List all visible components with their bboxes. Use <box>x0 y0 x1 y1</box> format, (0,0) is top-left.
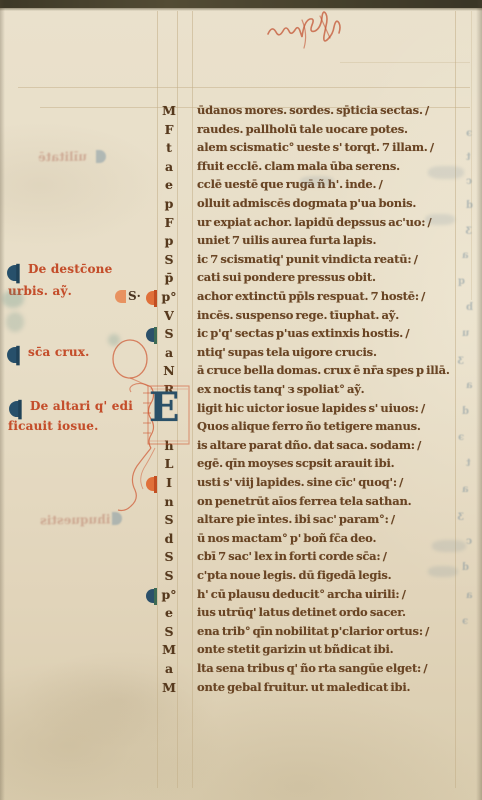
line-text: ic 7 scismatiq' punit vindicta reatū: / <box>197 252 418 266</box>
ruling-horizontal-line <box>18 87 470 88</box>
showthrough-glyph: ʒ <box>466 224 472 235</box>
text-line: Fraudes. pallholū tale uocare potes. <box>0 121 482 140</box>
line-initial-letter: a <box>157 661 181 676</box>
line-initial-letter: p° <box>157 587 181 602</box>
line-text: c'pta noue legis. dū figedā legis. <box>197 568 391 582</box>
line-initial-letter: M <box>157 680 181 695</box>
line-text: cati sui pondere pressus obit. <box>197 270 376 284</box>
top-red-inscription <box>262 4 347 50</box>
showthrough-text-lower-left: ihuquestis <box>40 512 111 527</box>
showthrough-glyph: a <box>462 250 468 261</box>
text-line: Scbī 7 sac' lex in forti corde sc̄a: / <box>0 548 482 567</box>
text-line: Monte stetit garizin ut bñdicat ibi. <box>0 641 482 660</box>
initial-e-filigree-penwork <box>105 335 200 535</box>
line-text: ūdanos mores. sordes. sp̄ticia sectas. / <box>197 103 429 117</box>
showthrough-glyph: t <box>466 458 471 469</box>
text-line: ecclē uestē que rugā ñ h'. inde. / <box>0 176 482 195</box>
line-text: onte stetit garizin ut bñdicat ibi. <box>197 642 394 656</box>
line-initial-letter: V <box>157 308 181 323</box>
line-text: achor extinctū pp̄ls respuat. 7 hostē: / <box>197 289 425 303</box>
line-text: olluit admiscēs dogmata p'ua bonis. <box>197 196 416 210</box>
showthrough-text-upper-left: uīlitatē <box>38 150 87 165</box>
guide-letter-flourish <box>115 290 126 303</box>
showthrough-glyph: ϶ <box>466 128 472 139</box>
text-line: Vincēs. suspenso rege. tīuphat. aỹ. <box>0 307 482 326</box>
showthrough-blob <box>6 312 24 332</box>
showthrough-smudge <box>428 566 458 577</box>
margin-note-sancta-crux: sc̄a crux. <box>28 345 90 359</box>
page-top-edge-shadow <box>0 8 482 11</box>
margin-note-de-altari-line2: ficauit iosue. <box>8 419 98 433</box>
line-text: ligit hic uictor iosue lapides s' uiuos:… <box>197 401 425 415</box>
text-line: Fur expiat achor. lapidū depssus ac'uo: … <box>0 214 482 233</box>
line-initial-letter: M <box>157 642 181 657</box>
text-line: Mūdanos mores. sordes. sp̄ticia sectas. … <box>0 102 482 121</box>
showthrough-glyph: ʒ <box>458 510 464 521</box>
showthrough-glyph: d <box>462 562 469 573</box>
line-text: cclē uestē que rugā ñ h'. inde. / <box>197 177 383 191</box>
text-line: Sic p'q' sectas p'uas extinxis hostis. / <box>0 325 482 344</box>
text-line: p°achor extinctū pp̄ls respuat. 7 hostē:… <box>0 288 482 307</box>
ruling-horizontal-line <box>340 62 470 63</box>
margin-note-destruction-urbis-line1: De destc̄one <box>28 262 112 276</box>
line-initial-letter: p̄ <box>157 270 181 285</box>
text-line: Iusti s' viij lapides. sine cīc' quoq': … <box>0 474 482 493</box>
line-initial-letter: S <box>157 624 181 639</box>
illuminated-initial-e: E <box>149 388 180 428</box>
showthrough-glyph: b <box>466 302 473 313</box>
page-top-dark-edge <box>0 0 482 8</box>
text-line: dū nos mactam° p' boñ fc̄a deo. <box>0 530 482 549</box>
line-text: cbī 7 sac' lex in forti corde sc̄a: / <box>197 549 387 563</box>
line-initial-letter: p <box>157 233 181 248</box>
showthrough-smudge <box>428 166 464 179</box>
line-initial-letter: p° <box>157 289 181 304</box>
line-text: is altare parat dño. dat saca. sodam: / <box>197 438 421 452</box>
text-line: polluit admiscēs dogmata p'ua bonis. <box>0 195 482 214</box>
line-text: ius utrūq' latus detinet ordo sacer. <box>197 605 406 619</box>
paraph-mark <box>7 347 22 363</box>
line-initial-letter: e <box>157 177 181 192</box>
margin-guide-letter: S· <box>128 289 141 303</box>
text-line: Legē. qīn moyses scpsit arauit ibi. <box>0 455 482 474</box>
showthrough-smudge <box>300 176 334 187</box>
line-text: onte gebal fruitur. ut maledicat ibi. <box>197 680 410 694</box>
margin-note-de-altari-line1: De altari q' edi <box>30 399 133 413</box>
paraph-mark <box>9 401 24 417</box>
line-initial-letter: e <box>157 605 181 620</box>
text-line: Sc'pta noue legis. dū figedā legis. <box>0 567 482 586</box>
showthrough-glyph: ϶ <box>458 432 464 443</box>
line-text: ex noctis tanq' з spoliat° aỹ. <box>197 382 364 396</box>
line-initial-letter: S <box>157 252 181 267</box>
text-line: puniet 7 uilis aurea furta lapis. <box>0 232 482 251</box>
line-text: lta sena tribus q' ño rta sangūe elget: … <box>197 661 427 675</box>
showthrough-glyph: a <box>462 484 468 495</box>
line-text: h' cū plausu deducit° archa uirili: / <box>197 587 406 601</box>
line-text: ntiq' supas tela uigore crucis. <box>197 345 377 359</box>
text-line: non penetrūt aīos ferrea tela sathan. <box>0 493 482 512</box>
line-initial-letter: S <box>157 568 181 583</box>
showthrough-glyph: ϶ <box>462 616 468 627</box>
line-initial-letter: S <box>157 549 181 564</box>
line-text: ic p'q' sectas p'uas extinxis hostis. / <box>197 326 409 340</box>
text-line: alta sena tribus q' ño rta sangūe elget:… <box>0 660 482 679</box>
showthrough-glyph: q <box>458 276 465 287</box>
line-initial-letter: F <box>157 122 181 137</box>
showthrough-glyph: a <box>466 380 472 391</box>
showthrough-glyph: d <box>462 406 469 417</box>
line-text: ur expiat achor. lapidū depssus ac'uo: / <box>197 215 432 229</box>
showthrough-glyph: c <box>466 176 472 187</box>
line-text: ā cruce bella domas. crux ē nr̄a spes p … <box>197 363 450 377</box>
text-line: Sena trib° qīn nobilitat p'clarior ortus… <box>0 623 482 642</box>
line-initial-letter: p <box>157 196 181 211</box>
text-line: p°h' cū plausu deducit° archa uirili: / <box>0 586 482 605</box>
line-text: alem scismatic° ueste s' torqt. 7 illam.… <box>197 140 434 154</box>
line-initial-letter: M <box>157 103 181 118</box>
line-text: egē. qīn moyses scpsit arauit ibi. <box>197 456 394 470</box>
text-line: Nā cruce bella domas. crux ē nr̄a spes p… <box>0 362 482 381</box>
showthrough-glyph: d <box>466 200 473 211</box>
line-initial-letter: a <box>157 159 181 174</box>
showthrough-glyph: c <box>466 536 472 547</box>
line-text: incēs. suspenso rege. tīuphat. aỹ. <box>197 308 399 322</box>
showthrough-blob <box>108 334 120 346</box>
line-text: usti s' viij lapides. sine cīc' quoq': / <box>197 475 403 489</box>
line-text: ena trib° qīn nobilitat p'clarior ortus:… <box>197 624 429 638</box>
showthrough-blob <box>2 290 24 308</box>
text-line: Rex noctis tanq' з spoliat° aỹ. <box>0 381 482 400</box>
showthrough-glyph: ʒ <box>458 354 464 365</box>
showthrough-smudge <box>425 214 455 225</box>
line-text: on penetrūt aīos ferrea tela sathan. <box>197 494 411 508</box>
showthrough-glyph: a <box>466 590 472 601</box>
text-line: eius utrūq' latus detinet ordo sacer. <box>0 604 482 623</box>
manuscript-page: Mūdanos mores. sordes. sp̄ticia sectas. … <box>0 0 482 800</box>
line-text: ffuit ecclē. clam mala ūba serens. <box>197 159 400 173</box>
showthrough-glyph: u <box>462 328 469 339</box>
line-text: Quos alique ferro ño tetigere manus. <box>197 419 421 433</box>
line-initial-letter: F <box>157 215 181 230</box>
line-text: altare pie īntes. ibi sac' param°: / <box>197 512 395 526</box>
line-text: ū nos mactam° p' boñ fc̄a deo. <box>197 531 376 545</box>
text-line: Monte gebal fruitur. ut maledicat ibi. <box>0 679 482 698</box>
line-initial-letter: t <box>157 140 181 155</box>
showthrough-glyph: t <box>466 152 471 163</box>
line-text: raudes. pallholū tale uocare potes. <box>197 122 408 136</box>
text-line: his altare parat dño. dat saca. sodam: / <box>0 437 482 456</box>
showthrough-smudge <box>432 540 466 552</box>
paraph-mark <box>7 265 22 281</box>
line-text: uniet 7 uilis aurea furta lapis. <box>197 233 376 247</box>
